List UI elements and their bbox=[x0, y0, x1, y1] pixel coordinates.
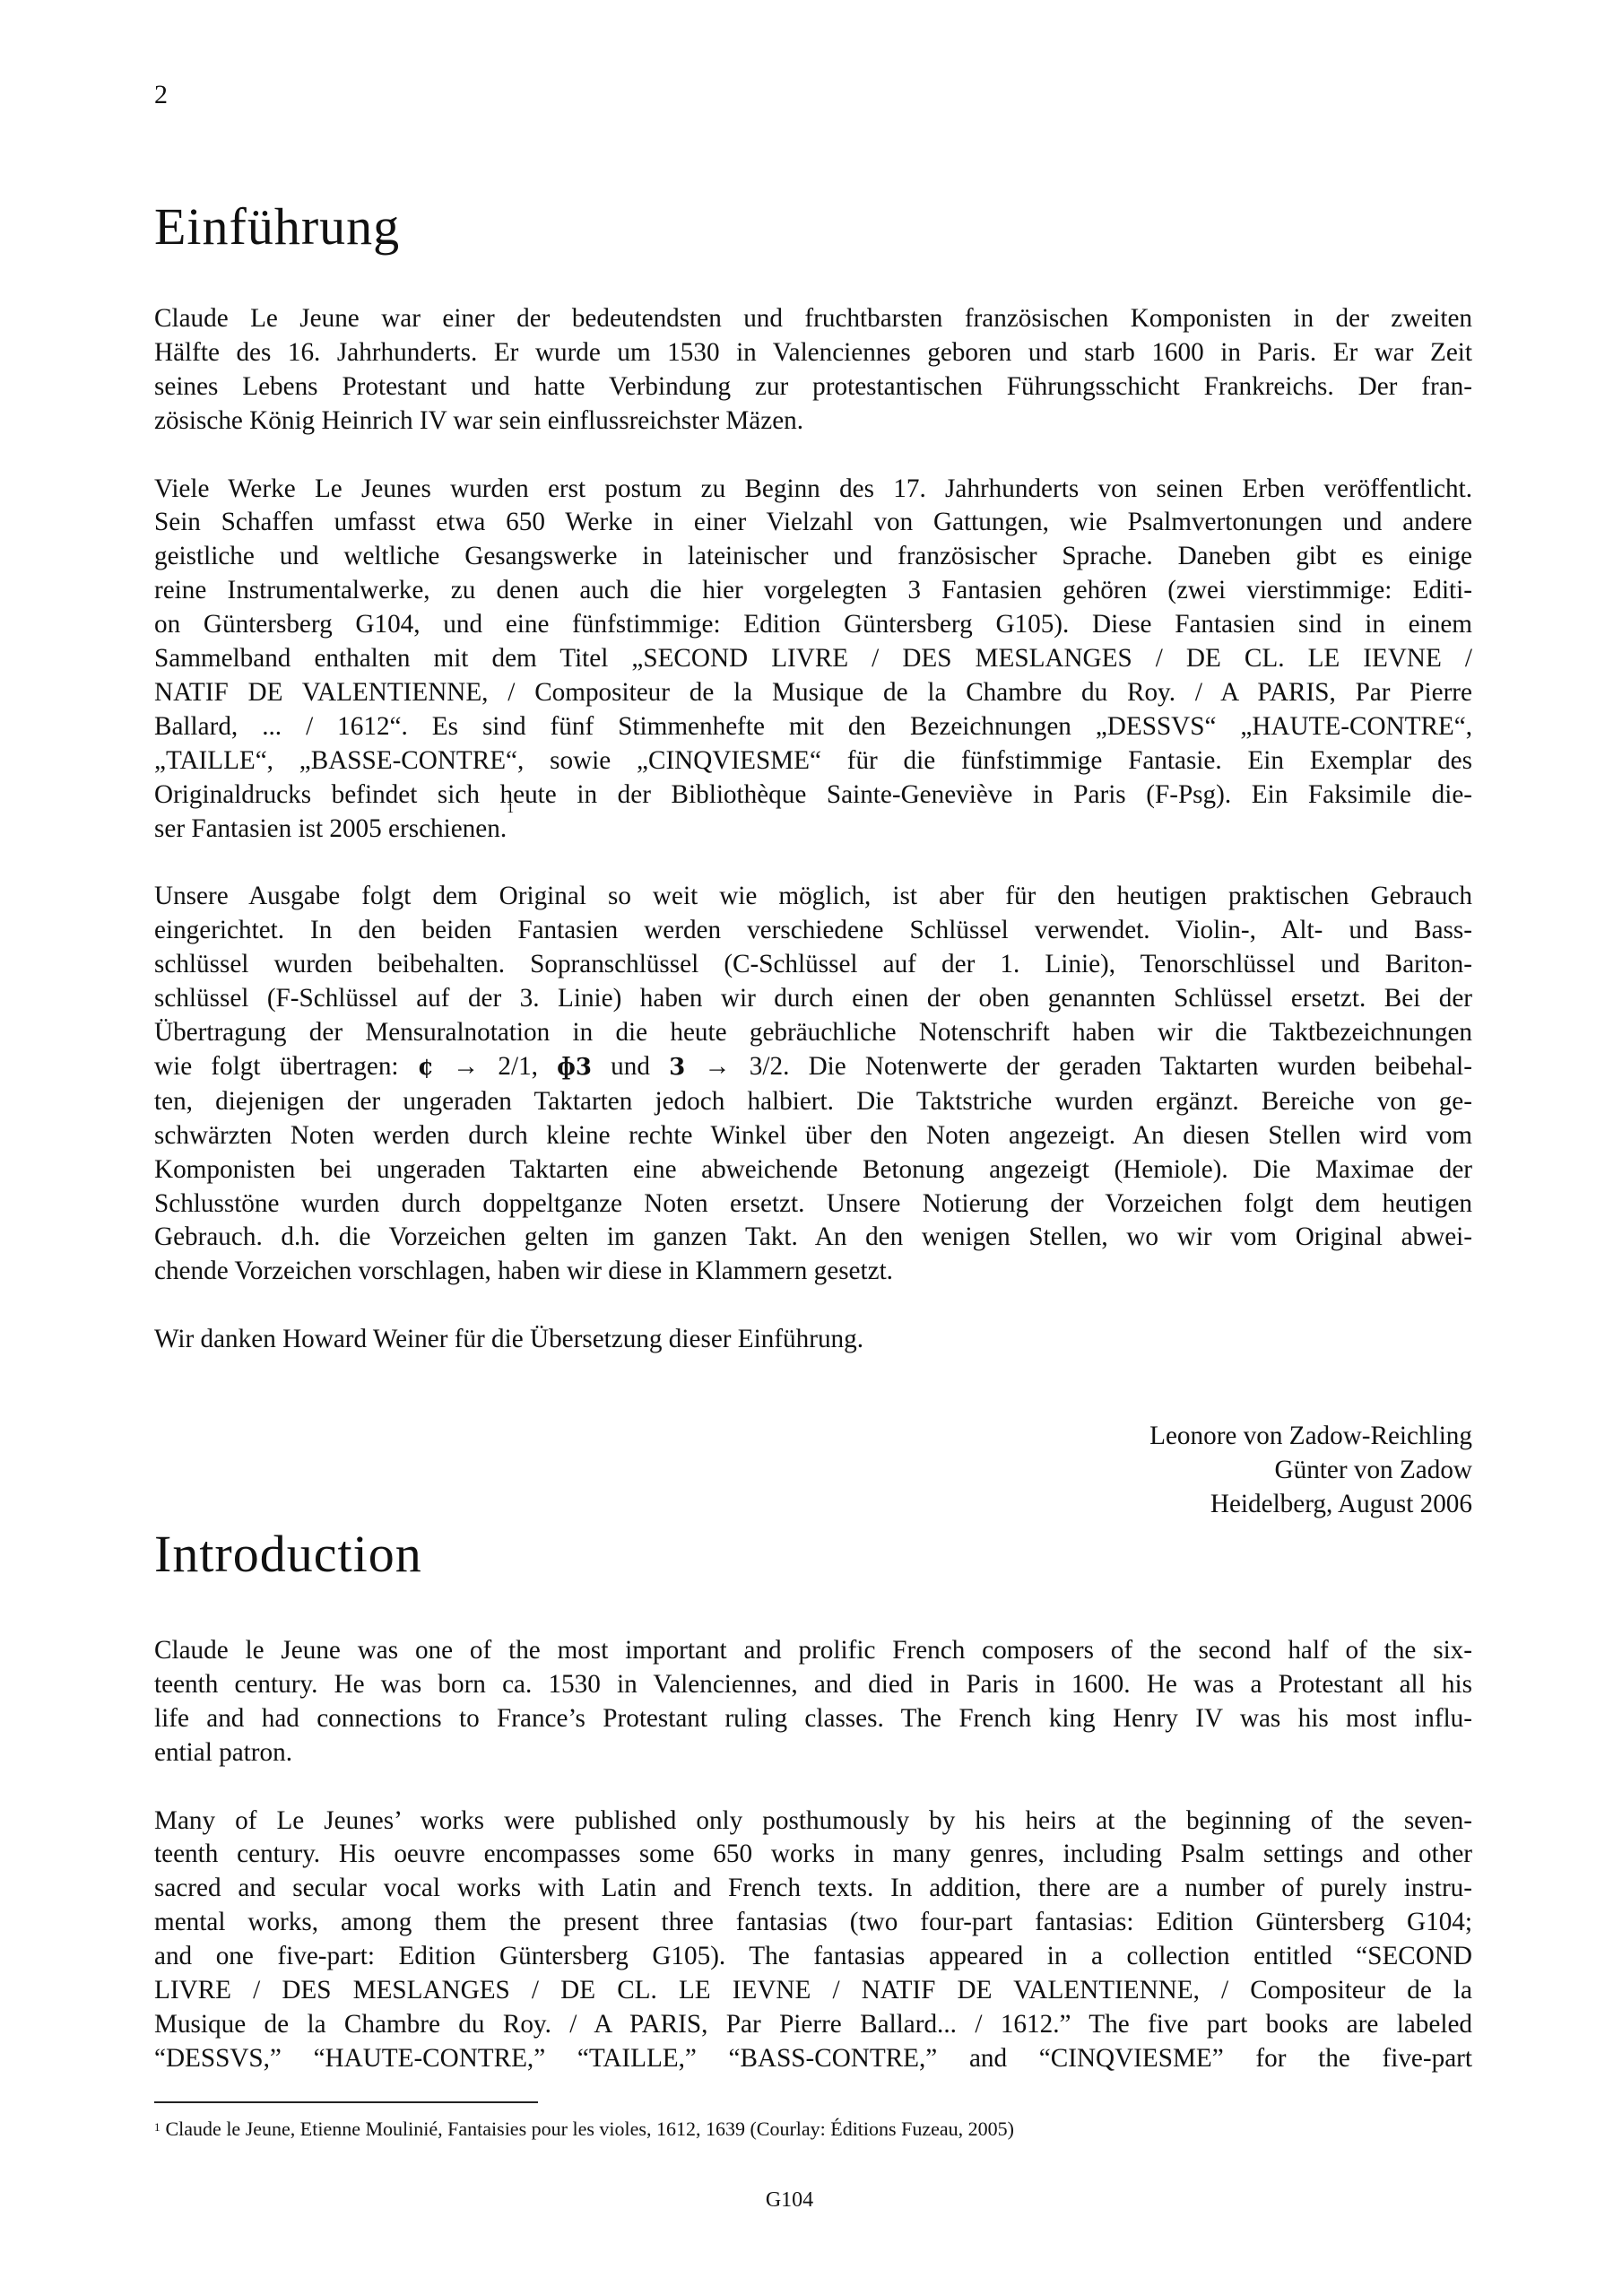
text-line: eingerichtet. In den beiden Fantasien we… bbox=[154, 914, 1472, 948]
footnote-divider bbox=[154, 2101, 538, 2103]
signature-author-2: Günter von Zadow bbox=[1149, 1454, 1472, 1488]
circle-three-time-symbol-icon: ɸ3 bbox=[557, 1054, 592, 1081]
footnote-marker: 1 bbox=[154, 2120, 160, 2134]
text-line: Ballard, ... / 1612“. Es sind fünf Stimm… bbox=[154, 710, 1472, 744]
text-line: mental works, among them the present thr… bbox=[154, 1906, 1472, 1940]
signature-place-date: Heidelberg, August 2006 bbox=[1149, 1488, 1472, 1522]
text-line: Wir danken Howard Weiner für die Überset… bbox=[154, 1323, 1472, 1357]
text-line: Claude Le Jeune war einer der bedeutends… bbox=[154, 302, 1472, 336]
text-line: geistliche und weltliche Gesangswerke in… bbox=[154, 540, 1472, 574]
heading-introduction: Introduction bbox=[154, 1525, 422, 1584]
text-line: chende Vorzeichen vorschlagen, haben wir… bbox=[154, 1255, 1472, 1289]
text-line: life and had connections to France’s Pro… bbox=[154, 1702, 1472, 1736]
text-line: “DESSVS,” “HAUTE-CONTRE,” “TAILLE,” “BAS… bbox=[154, 2042, 1472, 2076]
text-line: Schlusstöne wurden durch doppeltganze No… bbox=[154, 1187, 1472, 1222]
text-fragment: → 3/2. Die Notenwerte der geraden Taktar… bbox=[704, 1052, 1472, 1081]
text-line: schlüssel (F-Schlüssel auf der 3. Linie)… bbox=[154, 982, 1472, 1016]
text-line: Komponisten bei ungeraden Taktarten eine… bbox=[154, 1153, 1472, 1187]
footnote-reference[interactable]: 1 bbox=[507, 801, 514, 816]
text-line: teenth century. He was born ca. 1530 in … bbox=[154, 1668, 1472, 1702]
page-number: 2 bbox=[154, 79, 168, 111]
text-line: Many of Le Jeunes’ works were published … bbox=[154, 1805, 1472, 1839]
footnote-text: Claude le Jeune, Etienne Moulinié, Fanta… bbox=[166, 2118, 1014, 2140]
three-time-symbol-icon: 3 bbox=[669, 1054, 685, 1081]
text-line: ten, diejenigen der ungeraden Taktarten … bbox=[154, 1085, 1472, 1119]
text-line: teenth century. His oeuvre encompasses s… bbox=[154, 1838, 1472, 1872]
text-line: schwärzten Noten werden durch kleine rec… bbox=[154, 1119, 1472, 1153]
paragraph-de-4-acknowledgement: Wir danken Howard Weiner für die Überset… bbox=[154, 1323, 1472, 1357]
document-page: 2 Einführung Claude Le Jeune war einer d… bbox=[0, 0, 1622, 2296]
paragraph-de-3: Unsere Ausgabe folgt dem Original so wei… bbox=[154, 880, 1472, 1289]
text-line: on Güntersberg G104, und eine fünfstimmi… bbox=[154, 608, 1472, 642]
german-body: Claude Le Jeune war einer der bedeutends… bbox=[154, 302, 1472, 1391]
text-line: Hälfte des 16. Jahrhunderts. Er wurde um… bbox=[154, 336, 1472, 370]
text-line: ser Fantasien ist 2005 erschienen. bbox=[154, 814, 507, 843]
text-line: Musique de la Chambre du Roy. / A PARIS,… bbox=[154, 2008, 1472, 2042]
text-line: NATIF DE VALENTIENNE, / Compositeur de l… bbox=[154, 676, 1472, 710]
paragraph-en-2: Many of Le Jeunes’ works were published … bbox=[154, 1805, 1472, 2076]
text-line: Unsere Ausgabe folgt dem Original so wei… bbox=[154, 880, 1472, 914]
text-line: „TAILLE“, „BASSE-CONTRE“, sowie „CINQVIE… bbox=[154, 744, 1472, 778]
edition-code: G104 bbox=[766, 2188, 813, 2212]
signature-block: Leonore von Zadow-Reichling Günter von Z… bbox=[1149, 1420, 1472, 1522]
text-line-time-signatures: wie folgt übertragen: ¢ → 2/1, ɸ3 und 3 … bbox=[154, 1050, 1472, 1085]
text-line: Originaldrucks befindet sich heute in de… bbox=[154, 778, 1472, 813]
signature-author-1: Leonore von Zadow-Reichling bbox=[1149, 1420, 1472, 1454]
text-line: ential patron. bbox=[154, 1736, 1472, 1770]
text-line: Viele Werke Le Jeunes wurden erst postum… bbox=[154, 473, 1472, 507]
text-line: seines Lebens Protestant und hatte Verbi… bbox=[154, 370, 1472, 404]
cut-time-symbol-icon: ¢ bbox=[418, 1054, 434, 1081]
text-line: Sein Schaffen umfasst etwa 650 Werke in … bbox=[154, 506, 1472, 540]
text-line-with-footnote: ser Fantasien ist 2005 erschienen.1 bbox=[154, 813, 1472, 847]
text-line: LIVRE / DES MESLANGES / DE CL. LE IEVNE … bbox=[154, 1974, 1472, 2008]
paragraph-en-1: Claude le Jeune was one of the most impo… bbox=[154, 1634, 1472, 1770]
text-fragment: wie folgt übertragen: bbox=[154, 1052, 399, 1081]
heading-einfuehrung: Einführung bbox=[154, 197, 400, 257]
text-fragment: und bbox=[611, 1052, 650, 1081]
text-line: and one five-part: Edition Güntersberg G… bbox=[154, 1940, 1472, 1974]
paragraph-de-1: Claude Le Jeune war einer der bedeutends… bbox=[154, 302, 1472, 439]
text-fragment: → 2/1, bbox=[453, 1052, 538, 1081]
english-body: Claude le Jeune was one of the most impo… bbox=[154, 1634, 1472, 2110]
text-line: Gebrauch. d.h. die Vorzeichen gelten im … bbox=[154, 1221, 1472, 1255]
paragraph-de-2: Viele Werke Le Jeunes wurden erst postum… bbox=[154, 473, 1472, 847]
page-footer: G104 bbox=[0, 2187, 1622, 2213]
text-line: Sammelband enthalten mit dem Titel „SECO… bbox=[154, 642, 1472, 676]
text-line: Übertragung der Mensuralnotation in die … bbox=[154, 1016, 1472, 1050]
text-line: Claude le Jeune was one of the most impo… bbox=[154, 1634, 1472, 1668]
text-line: reine Instrumentalwerke, zu denen auch d… bbox=[154, 574, 1472, 608]
text-line: sacred and secular vocal works with Lati… bbox=[154, 1872, 1472, 1906]
text-line: zösische König Heinrich IV war sein einf… bbox=[154, 404, 1472, 439]
footnote-1: 1Claude le Jeune, Etienne Moulinié, Fant… bbox=[154, 2117, 1014, 2142]
text-line: schlüssel wurden beibehalten. Sopranschl… bbox=[154, 948, 1472, 982]
